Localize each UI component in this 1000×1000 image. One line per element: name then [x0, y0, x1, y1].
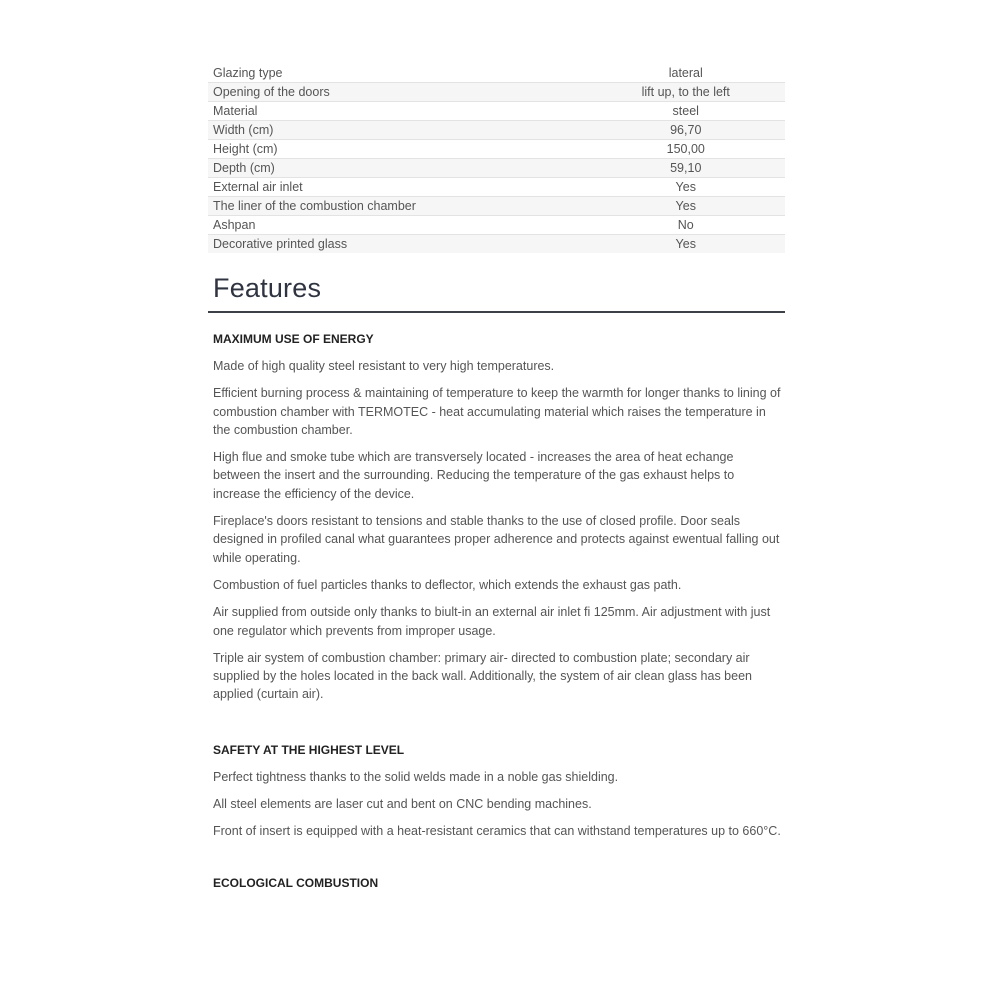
feature-paragraph: Efficient burning process & maintaining …: [213, 384, 783, 439]
feature-paragraph: High flue and smoke tube which are trans…: [213, 448, 783, 503]
spec-label: External air inlet: [208, 178, 497, 197]
spec-label: Depth (cm): [208, 159, 497, 178]
feature-section: ECOLOGICAL COMBUSTION: [208, 875, 785, 891]
spec-value: lateral: [497, 64, 786, 83]
spec-row: Depth (cm)59,10: [208, 159, 785, 178]
product-content: Glazing typelateralOpening of the doorsl…: [208, 64, 785, 891]
features-divider: [208, 311, 785, 313]
feature-paragraph: Perfect tightness thanks to the solid we…: [213, 768, 783, 786]
features-sections: MAXIMUM USE OF ENERGYMade of high qualit…: [208, 331, 785, 891]
feature-paragraph: All steel elements are laser cut and ben…: [213, 795, 783, 813]
feature-section-title: SAFETY AT THE HIGHEST LEVEL: [213, 742, 785, 758]
spec-value: steel: [497, 102, 786, 121]
spec-row: Decorative printed glassYes: [208, 235, 785, 254]
spec-value: Yes: [497, 235, 786, 254]
feature-paragraph: Made of high quality steel resistant to …: [213, 357, 783, 375]
feature-paragraph: Combustion of fuel particles thanks to d…: [213, 576, 783, 594]
spec-row: The liner of the combustion chamberYes: [208, 197, 785, 216]
spec-row: Opening of the doorslift up, to the left: [208, 83, 785, 102]
spec-row: Height (cm)150,00: [208, 140, 785, 159]
spec-label: Glazing type: [208, 64, 497, 83]
spec-value: Yes: [497, 197, 786, 216]
spec-label: Material: [208, 102, 497, 121]
spec-row: External air inletYes: [208, 178, 785, 197]
feature-paragraph: Triple air system of combustion chamber:…: [213, 649, 783, 704]
spec-value: 150,00: [497, 140, 786, 159]
feature-paragraph: Front of insert is equipped with a heat-…: [213, 822, 783, 840]
feature-section-title: MAXIMUM USE OF ENERGY: [213, 331, 785, 347]
spec-label: The liner of the combustion chamber: [208, 197, 497, 216]
features-heading: Features: [213, 271, 785, 305]
spec-value: lift up, to the left: [497, 83, 786, 102]
feature-section-title: ECOLOGICAL COMBUSTION: [213, 875, 785, 891]
specifications-table: Glazing typelateralOpening of the doorsl…: [208, 64, 785, 253]
spec-value: No: [497, 216, 786, 235]
spec-row: Width (cm)96,70: [208, 121, 785, 140]
spec-value: 59,10: [497, 159, 786, 178]
spec-row: AshpanNo: [208, 216, 785, 235]
feature-section: MAXIMUM USE OF ENERGYMade of high qualit…: [208, 331, 785, 704]
feature-section: SAFETY AT THE HIGHEST LEVELPerfect tight…: [208, 742, 785, 841]
spec-value: 96,70: [497, 121, 786, 140]
spec-label: Ashpan: [208, 216, 497, 235]
feature-paragraph: Air supplied from outside only thanks to…: [213, 603, 783, 640]
spec-row: Glazing typelateral: [208, 64, 785, 83]
spec-label: Opening of the doors: [208, 83, 497, 102]
spec-label: Height (cm): [208, 140, 497, 159]
spec-value: Yes: [497, 178, 786, 197]
spec-row: Materialsteel: [208, 102, 785, 121]
spec-label: Width (cm): [208, 121, 497, 140]
spec-label: Decorative printed glass: [208, 235, 497, 254]
feature-paragraph: Fireplace's doors resistant to tensions …: [213, 512, 783, 567]
